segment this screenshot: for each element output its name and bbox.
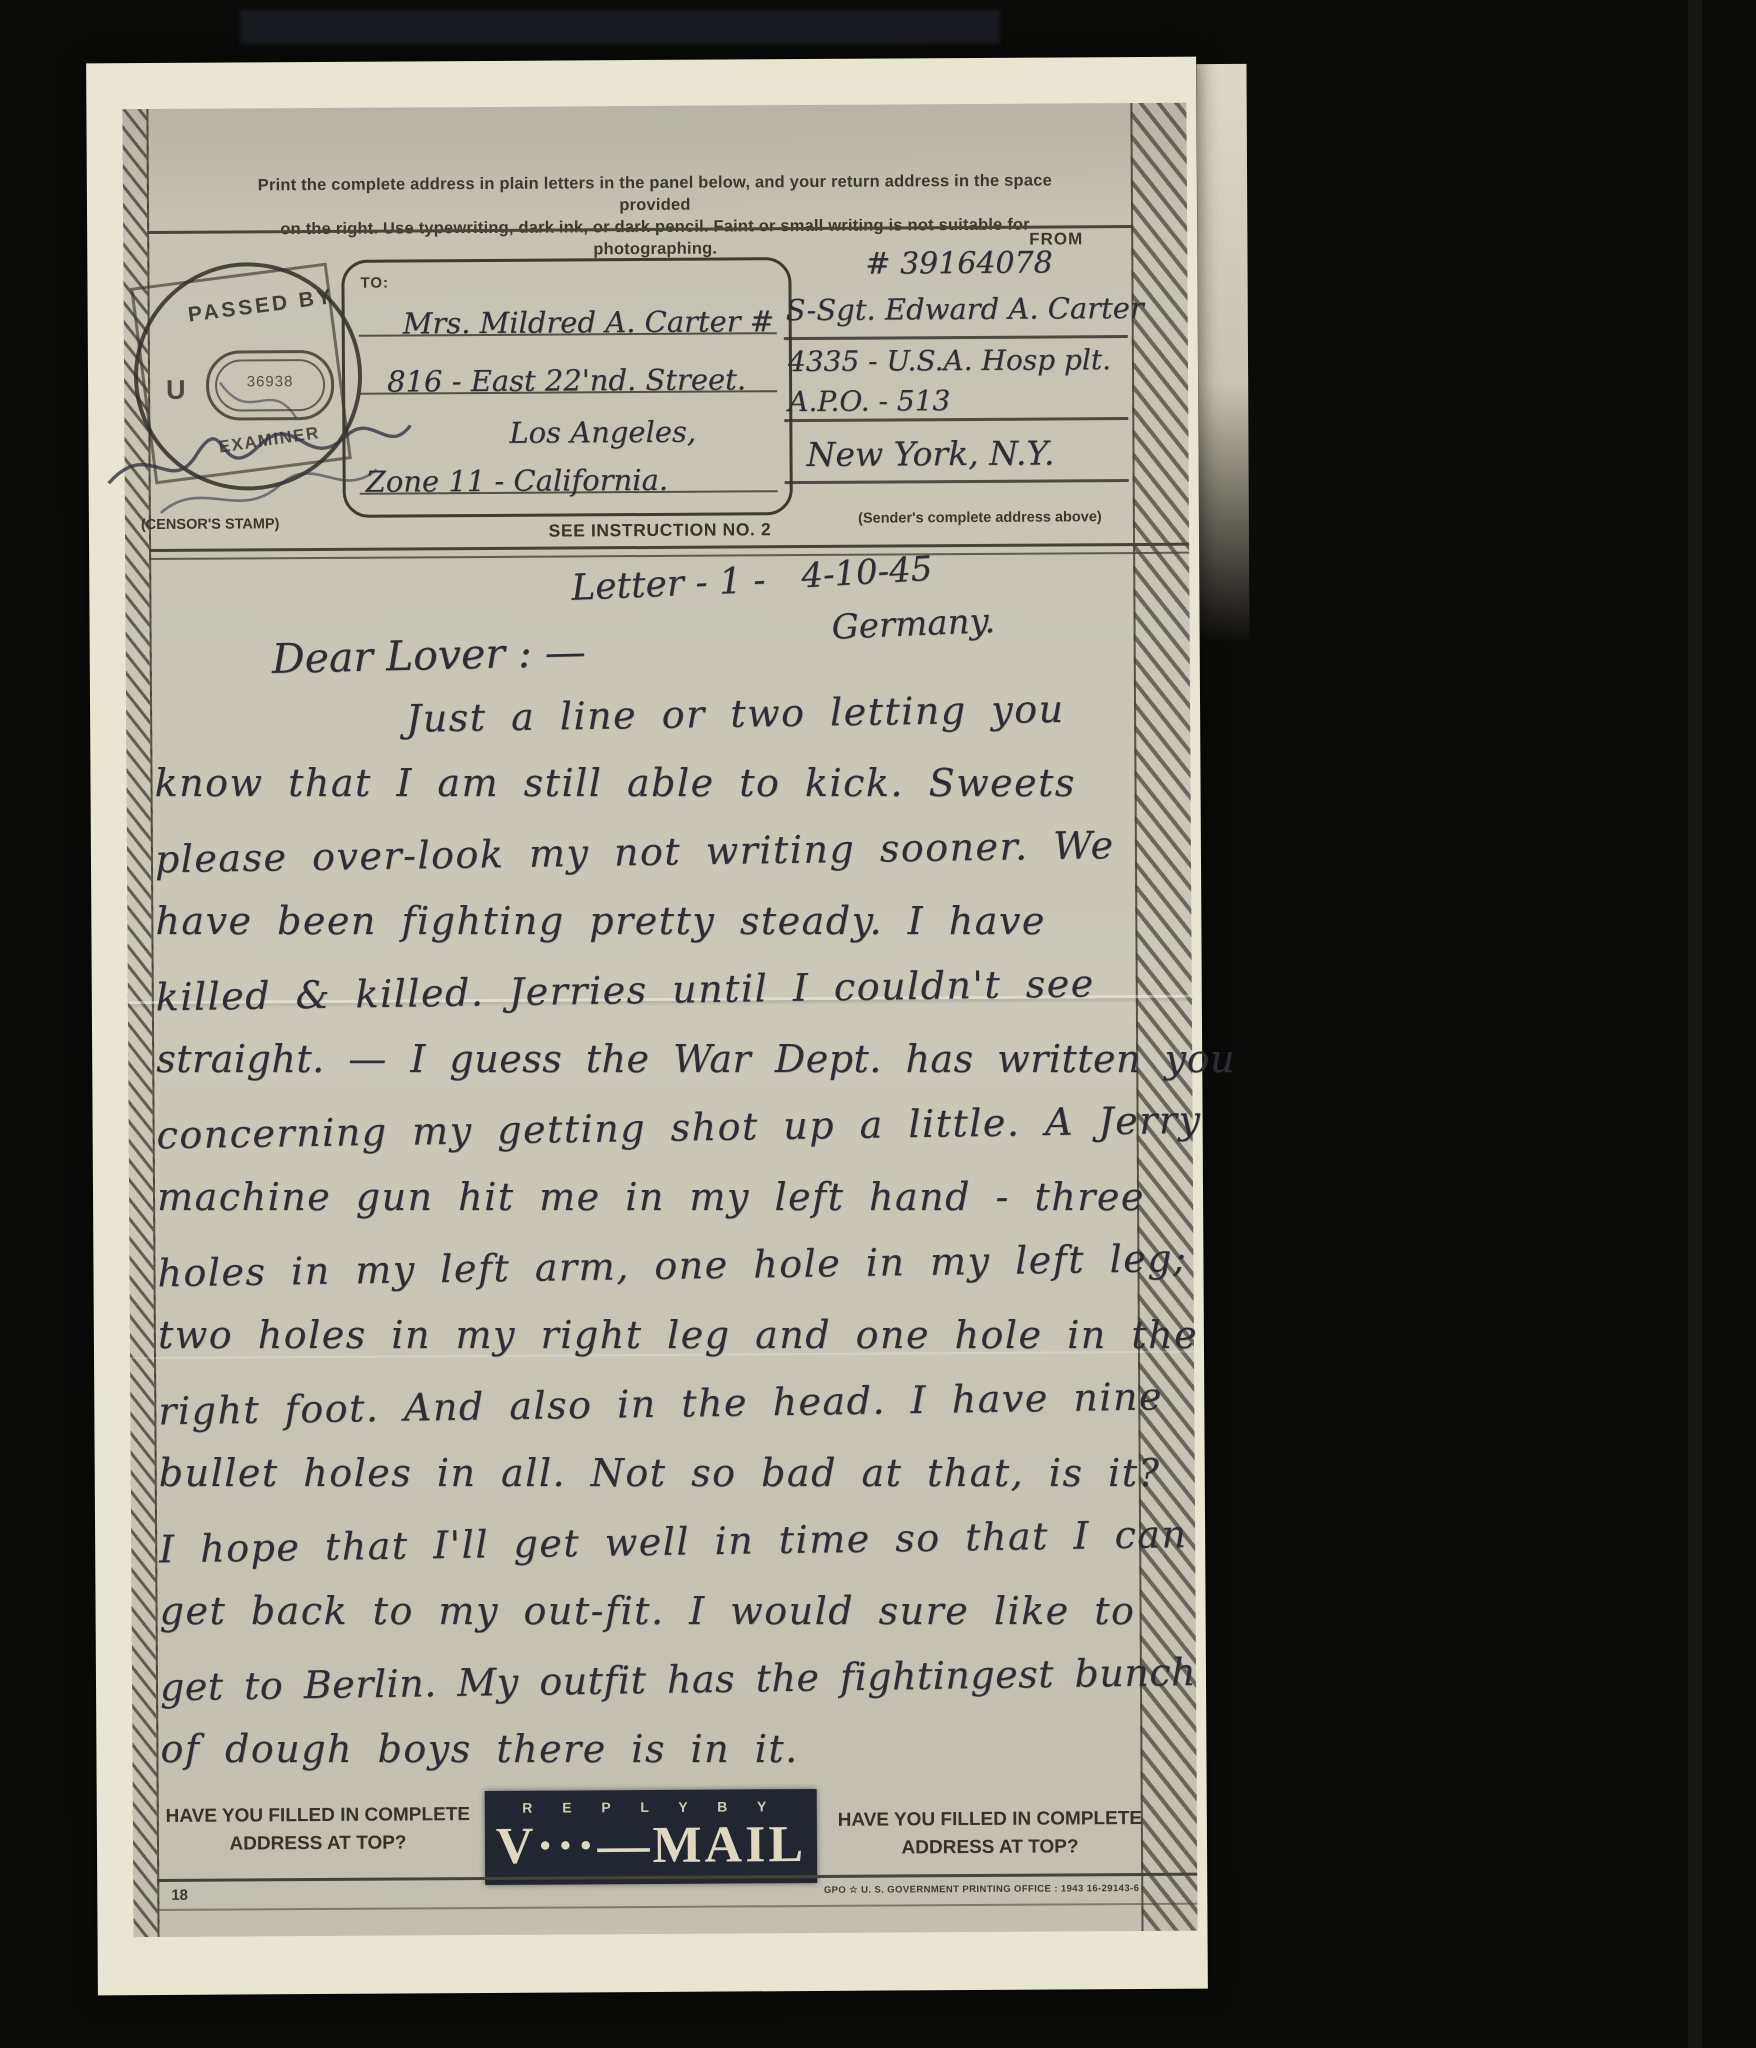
letter-line: right foot. And also in the head. I have… (158, 1375, 1151, 1459)
address-underline (785, 479, 1129, 484)
letter-line: get to Berlin. My outfit has the fightin… (160, 1651, 1153, 1735)
from-unit: 4335 - U.S.A. Hosp plt. (788, 343, 1111, 378)
sender-note-label: (Sender's complete address above) (827, 509, 1133, 527)
vmail-form: Print the complete address in plain lett… (122, 103, 1197, 1937)
letter-line: have been fighting pretty steady. I have (155, 899, 1147, 968)
letter-place: Germany. (831, 601, 996, 648)
letter-line: of dough boys there is in it. (160, 1727, 1152, 1796)
photo-paper: Print the complete address in plain lett… (86, 57, 1208, 1996)
from-apo: A.P.O. - 513 (788, 384, 950, 418)
letter-line: know that I am still able to kick. Sweet… (155, 761, 1147, 830)
letter-line: machine gun hit me in my left hand - thr… (157, 1175, 1149, 1244)
address-question-left-line2: ADDRESS AT TOP? (151, 1829, 485, 1859)
divider (149, 543, 1189, 552)
to-address-line4: Zone 11 - California. (366, 462, 778, 499)
address-question-left-line1: HAVE YOU FILLED IN COMPLETE (151, 1801, 485, 1831)
scan-streak (240, 10, 1000, 44)
from-name: S-Sgt. Edward A. Carter (786, 291, 1144, 327)
gpo-imprint: GPO ☆ U. S. GOVERNMENT PRINTING OFFICE :… (773, 1883, 1139, 1896)
letter-date: 4-10-45 (800, 549, 933, 597)
paper-edge-strip (1196, 64, 1249, 644)
letter-line: concerning my getting shot up a little. … (156, 1099, 1149, 1183)
letter-line: Just a line or two letting you (406, 686, 1147, 766)
letter-line: get back to my out-fit. I would sure lik… (160, 1589, 1152, 1658)
letter-line: please over-look my not writing sooner. … (155, 823, 1148, 907)
letter-salutation: Dear Lover : — (271, 628, 586, 683)
page-number: 18 (171, 1887, 188, 1904)
vmail-logo-text: V···—MAIL (485, 1815, 817, 1876)
letter-line: straight. — I guess the War Dept. has wr… (156, 1037, 1148, 1106)
address-question-right-line2: ADDRESS AT TOP? (837, 1833, 1143, 1863)
from-service-number: # 39164078 (865, 246, 1053, 282)
letter-line: bullet holes in all. Not so bad at that,… (159, 1451, 1151, 1520)
letter-line: I hope that I'll get well in time so tha… (159, 1513, 1152, 1597)
address-question-right: HAVE YOU FILLED IN COMPLETE ADDRESS AT T… (837, 1805, 1143, 1863)
vmail-banner: R E P L Y B Y V···—MAIL (485, 1789, 818, 1885)
address-question-left: HAVE YOU FILLED IN COMPLETE ADDRESS AT T… (151, 1801, 485, 1859)
divider (149, 552, 1189, 560)
address-line: 816 - East 22'nd. Street. (359, 332, 777, 395)
address-line: Zone 11 - California. (359, 428, 777, 495)
see-instruction-label: SEE INSTRUCTION NO. 2 (485, 519, 835, 542)
to-address-box: TO: Mrs. Mildred A. Carter # 816 - East … (341, 257, 793, 518)
reply-by-text: R E P L Y B Y (485, 1798, 817, 1816)
scan-edge-band (1688, 0, 1702, 2048)
letter-number: Letter - 1 - (571, 560, 767, 609)
from-city: New York, N.Y. (806, 434, 1054, 475)
address-line: Mrs. Mildred A. Carter # (358, 268, 776, 337)
censor-stamp-label: (CENSOR'S STAMP) (141, 516, 280, 533)
address-underline (784, 335, 1128, 340)
letter-line: two holes in my right leg and one hole i… (158, 1313, 1150, 1382)
address-question-right-line1: HAVE YOU FILLED IN COMPLETE (837, 1805, 1143, 1835)
letter-line: holes in my left arm, one hole in my lef… (157, 1237, 1150, 1321)
letter-body: Just a line or two letting you know that… (154, 689, 1153, 1799)
letter-line: killed & killed. Jerries until I couldn'… (155, 961, 1148, 1045)
form-instructions-line1: Print the complete address in plain lett… (243, 169, 1067, 218)
divider (157, 1903, 1197, 1911)
